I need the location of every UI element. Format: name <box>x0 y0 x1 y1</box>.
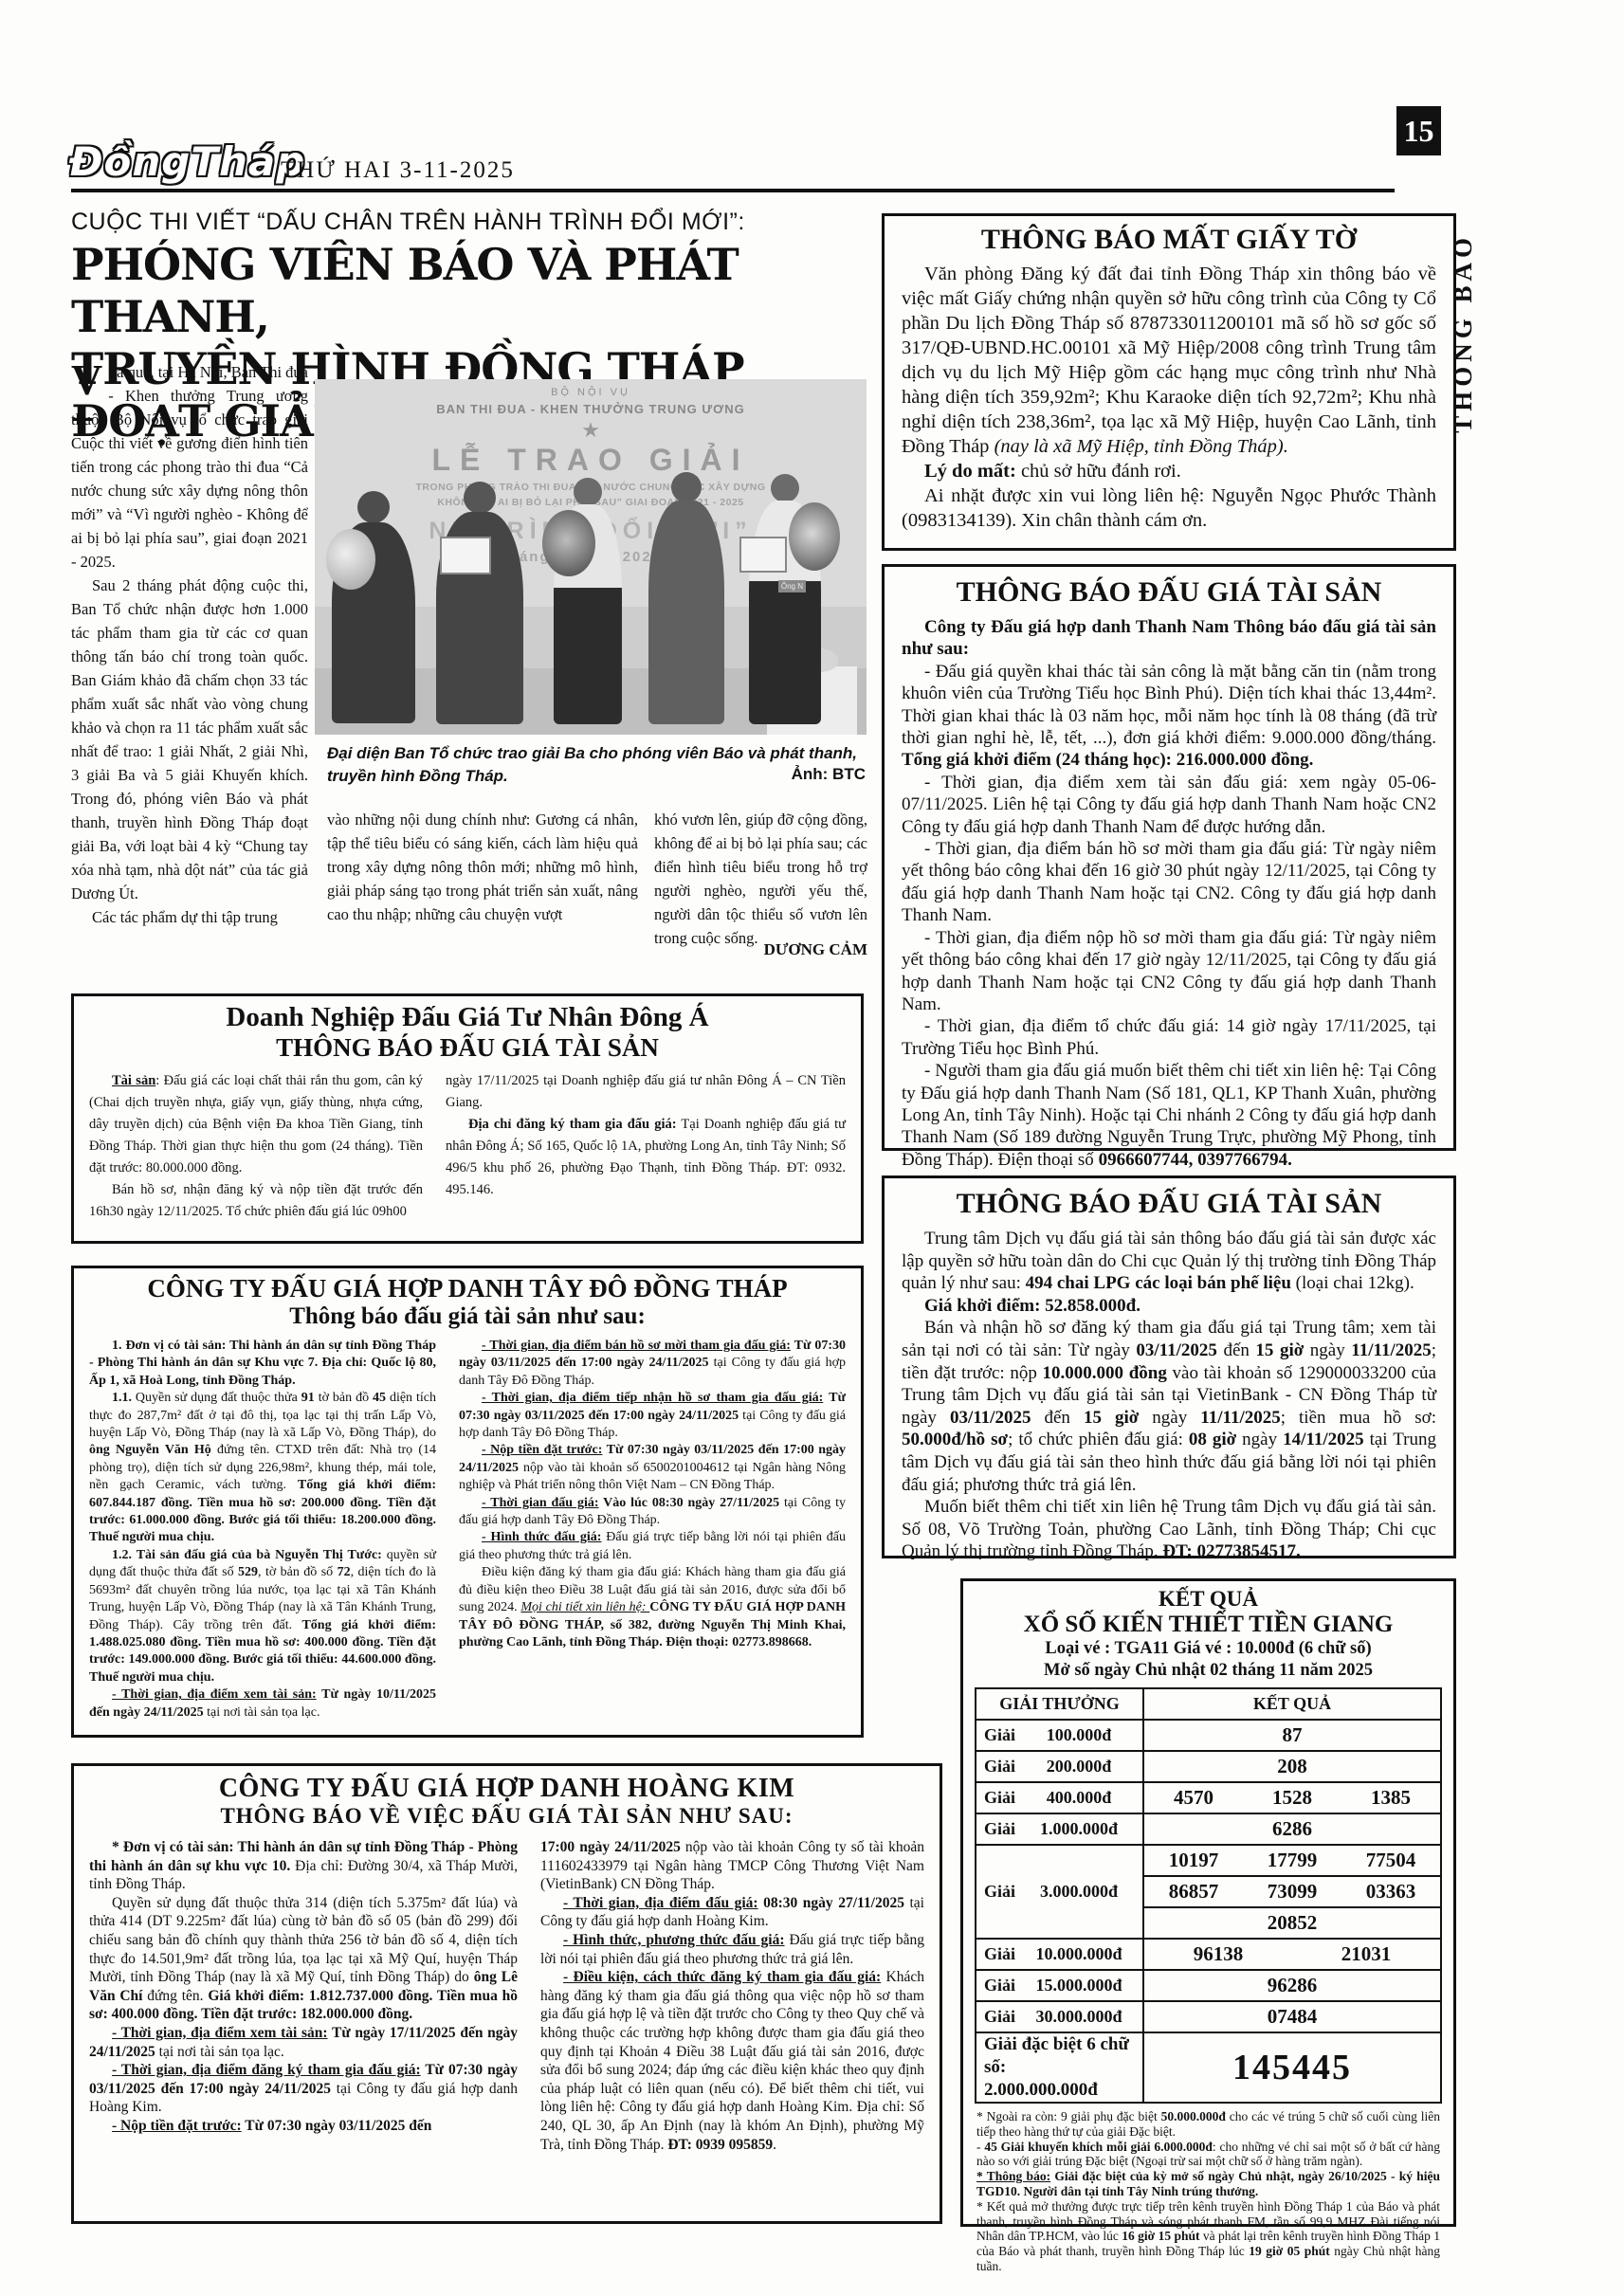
lottery-ticket-info: Loại vé : TGA11 Giá vé : 10.000đ (6 chữ … <box>963 1638 1453 1660</box>
lottery-notes: * Ngoài ra còn: 9 giải phụ đặc biệt 50.0… <box>963 2107 1453 2276</box>
notice-paragraph: 1.2. Tài sản đấu giá của bà Nguyễn Thị T… <box>89 1547 436 1686</box>
person-head <box>671 472 702 502</box>
newspaper-page: ĐồngTháp THỨ HAI 3-11-2025 15 THÔNG BÁO … <box>0 0 1624 2296</box>
photo-text-ministry: BỘ NỘI VỤ <box>315 387 867 398</box>
notice-paragraph: 1.1. Quyền sử dụng đất thuộc thửa 91 tờ … <box>89 1390 436 1547</box>
table-subrow: 10197 17799 77504 <box>1144 1846 1440 1875</box>
notice-paragraph: - Thời gian, địa điểm bán hồ sơ mời tham… <box>459 1338 846 1390</box>
table-row: Giải100.000đ 87 <box>976 1719 1440 1750</box>
photo-text-event: LỄ TRAO GIẢI <box>315 443 867 478</box>
notice-tay-do: CÔNG TY ĐẤU GIÁ HỢP DANH TÂY ĐÔ ĐỒNG THÁ… <box>71 1266 864 1738</box>
winning-number: 10197 <box>1169 1849 1219 1872</box>
notice-title: CÔNG TY ĐẤU GIÁ HỢP DANH TÂY ĐÔ ĐỒNG THÁ… <box>74 1274 861 1303</box>
notice-paragraph: Trung tâm Dịch vụ đấu giá tài sản thông … <box>902 1228 1436 1295</box>
table-subrow: 20852 <box>1144 1906 1440 1938</box>
table-row: Giải10.000.000đ 96138 21031 <box>976 1938 1440 1969</box>
winning-number: 96286 <box>1268 1974 1318 1997</box>
lottery-note: - 45 Giải khuyến khích mỗi giải 6.000.00… <box>976 2140 1440 2170</box>
lottery-note: * Thông báo: Giải đặc biệt của kỳ mở số … <box>976 2169 1440 2199</box>
person-head <box>357 491 390 523</box>
person-silhouette <box>436 482 523 724</box>
notice-paragraph: - Người tham gia đấu giá muốn biết thêm … <box>902 1060 1436 1171</box>
notice-paragraph: - Nộp tiền đặt trước: Từ 07:30 ngày 03/1… <box>89 2117 518 2136</box>
prize-amount: 1.000.000đ <box>1015 1819 1142 1839</box>
headline-line-1: PHÓNG VIÊN BÁO VÀ PHÁT THANH, <box>71 239 877 343</box>
notice-title: CÔNG TY ĐẤU GIÁ HỢP DANH HOÀNG KIM <box>74 1774 940 1804</box>
table-header-row: GIẢI THƯỞNG KẾT QUẢ <box>976 1689 1440 1719</box>
article-paragraph: Sau 2 tháng phát động cuộc thi, Ban Tổ c… <box>71 574 308 905</box>
notice-paragraph: * Đơn vị có tài sản: Thi hành án dân sự … <box>89 1838 518 1894</box>
article-column-2: vào những nội dung chính như: Gương cá n… <box>327 808 638 974</box>
table-row: Giải3.000.000đ 10197 17799 77504 86857 7… <box>976 1844 1440 1938</box>
notice-paragraph: Văn phòng Đăng ký đất đai tỉnh Đồng Tháp… <box>902 262 1436 459</box>
brand-logo: ĐồngTháp <box>69 138 305 185</box>
notice-paragraph: Địa chỉ đăng ký tham gia đấu giá: Tại Do… <box>446 1114 846 1201</box>
notice-dong-a: Doanh Nghiệp Đấu Giá Tư Nhân Đông Á THÔN… <box>71 993 864 1244</box>
notice-paragraph: - Nộp tiền đặt trước: Từ 07:30 ngày 03/1… <box>459 1442 846 1494</box>
special-prize-amount: 2.000.000.000đ <box>984 2079 1098 2102</box>
winning-number: 07484 <box>1268 2005 1318 2029</box>
winning-number: 20852 <box>1268 1911 1318 1935</box>
article-paragraph: Vừa qua, tại Hà Nội, Ban Thi đua - Khen … <box>71 360 308 574</box>
winning-number: 21031 <box>1341 1942 1392 1966</box>
article-paragraph: khó vươn lên, giúp đỡ cộng đồng, không đ… <box>654 808 867 950</box>
notice-column-left: * Đơn vị có tài sản: Thi hành án dân sự … <box>89 1838 518 2154</box>
notice-paragraph: - Thời gian đấu giá: Vào lúc 08:30 ngày … <box>459 1495 846 1530</box>
notice-paragraph: - Thời gian, địa điểm xem tài sản đấu gi… <box>902 772 1436 838</box>
notice-paragraph: - Điều kiện, cách thức đăng ký tham gia … <box>540 1968 924 2154</box>
notice-thanh-nam: THÔNG BÁO ĐẤU GIÁ TÀI SẢN Công ty Đấu gi… <box>882 564 1456 1151</box>
notice-paragraph: - Hình thức, phương thức đấu giá: Đấu gi… <box>540 1931 924 1968</box>
lottery-note: * Kết quả mở thưởng được trực tiếp trên … <box>976 2199 1440 2274</box>
lottery-draw-date: Mở số ngày Chủ nhật 02 tháng 11 năm 2025 <box>963 1660 1453 1682</box>
special-prize-label: Giải đặc biệt 6 chữ số: <box>984 2033 1142 2079</box>
notice-hoang-kim: CÔNG TY ĐẤU GIÁ HỢP DANH HOÀNG KIM THÔNG… <box>71 1763 942 2224</box>
notice-paragraph: - Thời gian, địa điểm bán hồ sơ mời tham… <box>902 838 1436 927</box>
notice-paragraph: Giá khởi điểm: 52.858.000đ. <box>902 1295 1436 1318</box>
prize-amount: 10.000.000đ <box>1015 1944 1142 1964</box>
prize-amount: 100.000đ <box>1015 1725 1142 1745</box>
notice-subtitle: Thông báo đấu giá tài sản như sau: <box>74 1303 861 1330</box>
lottery-title: KẾT QUẢ <box>963 1587 1453 1612</box>
person-silhouette <box>749 474 821 724</box>
notice-lost-papers: THÔNG BÁO MẤT GIẤY TỜ Văn phòng Đăng ký … <box>882 213 1456 551</box>
winning-number: 17799 <box>1268 1849 1318 1872</box>
notice-paragraph: 1. Đơn vị có tài sản: Thi hành án dân sự… <box>89 1338 436 1390</box>
notice-paragraph: Tài sản: Đấu giá các loại chất thải rắn … <box>89 1070 423 1179</box>
table-row: Giải15.000.000đ 96286 <box>976 1969 1440 2000</box>
article-paragraph: Các tác phẩm dự thi tập trung <box>71 905 308 929</box>
notice-paragraph: - Thời gian, địa điểm tổ chức đấu giá: 1… <box>902 1015 1436 1060</box>
winning-number: 86857 <box>1169 1880 1219 1904</box>
notice-column-right: - Thời gian, địa điểm bán hồ sơ mời tham… <box>459 1338 846 1722</box>
issue-date: THỨ HAI 3-11-2025 <box>281 157 515 184</box>
article-paragraph: vào những nội dung chính như: Gương cá n… <box>327 808 638 926</box>
article-byline: DƯƠNG CẢM <box>654 940 867 959</box>
certificate <box>440 537 491 574</box>
notice-subtitle: THÔNG BÁO VỀ VIỆC ĐẤU GIÁ TÀI SẢN NHƯ SA… <box>74 1804 940 1829</box>
table-row: Giải1.000.000đ 6286 <box>976 1813 1440 1844</box>
winning-number: 73099 <box>1268 1880 1318 1904</box>
flower-bouquet <box>542 510 595 576</box>
winning-number: 87 <box>1283 1723 1303 1747</box>
column-header-result: KẾT QUẢ <box>1144 1689 1440 1719</box>
header-rule <box>71 189 1395 192</box>
prize-amount: 30.000.000đ <box>1015 2007 1142 2027</box>
prize-amount: 200.000đ <box>1015 1757 1142 1777</box>
special-winning-number: 145445 <box>1232 2047 1352 2088</box>
table-row-special: Giải đặc biệt 6 chữ số: 2.000.000.000đ 1… <box>976 2032 1440 2102</box>
person-head <box>464 482 496 514</box>
flower-bouquet <box>789 502 840 571</box>
notice-title: THÔNG BÁO ĐẤU GIÁ TÀI SẢN <box>885 576 1453 609</box>
lottery-table: GIẢI THƯỞNG KẾT QUẢ Giải100.000đ 87 Giải… <box>975 1687 1442 2104</box>
certificate <box>739 537 787 573</box>
notice-paragraph: Quyền sử dụng đất thuộc thửa 314 (diện t… <box>89 1894 518 2024</box>
article-kicker: CUỘC THI VIẾT “DẤU CHÂN TRÊN HÀNH TRÌNH … <box>71 209 867 236</box>
notice-paragraph: - Thời gian, địa điểm nộp hồ sơ mời tham… <box>902 927 1436 1016</box>
prize-amount: 3.000.000đ <box>1015 1882 1142 1902</box>
winning-number: 6286 <box>1272 1817 1312 1841</box>
notice-paragraph: - Thời gian, địa điểm đấu giá: 08:30 ngà… <box>540 1894 924 1931</box>
notice-title: THÔNG BÁO MẤT GIẤY TỜ <box>885 224 1453 256</box>
page-number: 15 <box>1396 106 1441 155</box>
notice-paragraph: - Thời gian, địa điểm tiếp nhận hồ sơ th… <box>459 1390 846 1442</box>
notice-paragraph: Bán hồ sơ, nhận đăng ký và nộp tiền đặt … <box>89 1179 423 1223</box>
notice-auction-center: THÔNG BÁO ĐẤU GIÁ TÀI SẢN Trung tâm Dịch… <box>882 1175 1456 1558</box>
notice-title: THÔNG BÁO ĐẤU GIÁ TÀI SẢN <box>885 1188 1453 1220</box>
table-subrow: 86857 73099 03363 <box>1144 1875 1440 1906</box>
drop-cap: V <box>71 360 108 400</box>
winning-number: 77504 <box>1366 1849 1416 1872</box>
notice-paragraph: Công ty Đấu giá hợp danh Thanh Nam Thông… <box>902 616 1436 661</box>
table-row: Giải400.000đ 4570 1528 1385 <box>976 1781 1440 1813</box>
notice-paragraph: ngày 17/11/2025 tại Doanh nghiệp đấu giá… <box>446 1070 846 1114</box>
winning-number: 96138 <box>1194 1942 1244 1966</box>
winning-number: 4570 <box>1174 1786 1213 1810</box>
star-icon: ★ <box>315 418 867 443</box>
notice-paragraph: - Thời gian, địa điểm đăng ký tham gia đ… <box>89 2061 518 2117</box>
winning-number: 1528 <box>1272 1786 1312 1810</box>
award-photo: BỘ NỘI VỤ BAN THI ĐUA - KHEN THƯỞNG TRUN… <box>315 379 867 735</box>
table-row: Giải30.000.000đ 07484 <box>976 2000 1440 2032</box>
notice-paragraph: - Hình thức đấu giá: Đấu giá trực tiếp b… <box>459 1529 846 1564</box>
article-column-1: Vừa qua, tại Hà Nội, Ban Thi đua - Khen … <box>71 360 308 967</box>
person-silhouette <box>648 472 724 724</box>
prize-amount: 15.000.000đ <box>1015 1976 1142 1995</box>
prize-amount: 400.000đ <box>1015 1788 1142 1808</box>
notice-subtitle: THÔNG BÁO ĐẤU GIÁ TÀI SẢN <box>74 1033 861 1063</box>
notice-column-left: 1. Đơn vị có tài sản: Thi hành án dân sự… <box>89 1338 436 1722</box>
name-placard: Ông N <box>778 580 806 592</box>
winning-number: 03363 <box>1366 1880 1416 1904</box>
notice-paragraph: 17:00 ngày 24/11/2025 nộp vào tài khoản … <box>540 1838 924 1894</box>
column-header-prize: GIẢI THƯỞNG <box>976 1689 1144 1719</box>
notice-title: Doanh Nghiệp Đấu Giá Tư Nhân Đông Á <box>74 1002 861 1033</box>
notice-paragraph: - Đấu giá quyền khai thác tài sản công l… <box>902 661 1436 772</box>
notice-paragraph: - Thời gian, địa điểm xem tài sản: Từ ng… <box>89 2024 518 2061</box>
notice-paragraph: Điều kiện đăng ký tham gia đấu giá: Khác… <box>459 1564 846 1651</box>
person-head <box>771 474 799 502</box>
winning-number: 1385 <box>1371 1786 1411 1810</box>
notice-paragraph: Lý do mất: chủ sở hữu đánh rơi. <box>902 459 1436 483</box>
winning-number: 208 <box>1277 1755 1307 1778</box>
person-silhouette <box>554 478 622 724</box>
flower-bouquet <box>326 529 375 590</box>
lottery-subtitle: XỔ SỐ KIẾN THIẾT TIỀN GIANG <box>963 1612 1453 1638</box>
person-silhouette <box>332 491 415 723</box>
notice-paragraph: - Thời gian, địa điểm xem tài sản: Từ ng… <box>89 1686 436 1722</box>
notice-paragraph: Ai nhặt được xin vui lòng liên hệ: Nguyễ… <box>902 483 1436 533</box>
photo-text-department: BAN THI ĐUA - KHEN THƯỞNG TRUNG ƯƠNG <box>315 402 867 416</box>
notice-column-right: ngày 17/11/2025 tại Doanh nghiệp đấu giá… <box>446 1070 846 1223</box>
notice-column-right: 17:00 ngày 24/11/2025 nộp vào tài khoản … <box>540 1838 924 2154</box>
lottery-note: * Ngoài ra còn: 9 giải phụ đặc biệt 50.0… <box>976 2109 1440 2140</box>
notice-column-left: Tài sản: Đấu giá các loại chất thải rắn … <box>89 1070 423 1223</box>
person-head <box>574 478 602 506</box>
notice-paragraph: Bán và nhận hồ sơ đăng ký tham gia đấu g… <box>902 1317 1436 1496</box>
lottery-results: KẾT QUẢ XỔ SỐ KIẾN THIẾT TIỀN GIANG Loại… <box>960 1578 1456 2227</box>
person-body <box>648 501 724 724</box>
notice-paragraph: Muốn biết thêm chi tiết xin liên hệ Trun… <box>902 1496 1436 1563</box>
table-row: Giải200.000đ 208 <box>976 1750 1440 1781</box>
photo-credit: Ảnh: BTC <box>654 765 866 784</box>
